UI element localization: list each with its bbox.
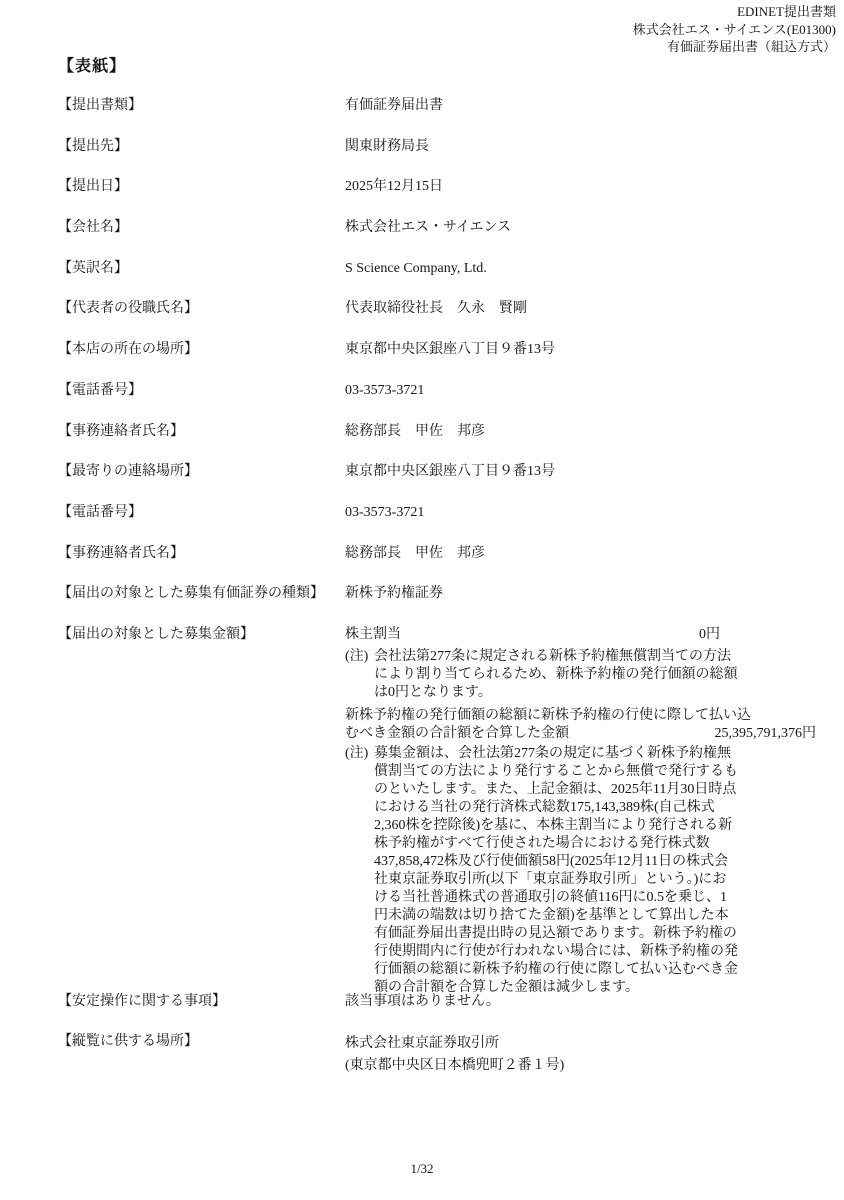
field-value: 新株予約権証券 [345, 585, 443, 603]
cover-title: 【表紙】 [58, 53, 126, 76]
field-value: 総務部長 甲佐 邦彦 [345, 545, 485, 563]
note-2: (注) 募集金額は、会社法第277条の規定に基づく新株予約権無償割当ての方法によ… [345, 745, 842, 997]
field-label: 【本店の所在の場所】 [58, 341, 198, 359]
field-value: 株式会社エス・サイエンス [345, 219, 511, 237]
field-label: 【安定操作に関する事項】 [58, 993, 226, 1011]
note-marker: (注) [345, 745, 374, 997]
field-value: S Science Company, Ltd. [345, 260, 487, 278]
note-text: 会社法第277条に規定される新株予約権無償割当ての方法により割り当てられるため、… [374, 648, 740, 702]
field-label: 【事務連絡者氏名】 [58, 545, 184, 563]
field-label: 【提出先】 [58, 138, 128, 156]
field-label: 【提出日】 [58, 178, 128, 196]
field-label: 【提出書類】 [58, 97, 142, 115]
note-1: (注) 会社法第277条に規定される新株予約権無償割当ての方法により割り当てられ… [345, 648, 842, 702]
field-label: 【代表者の役職氏名】 [58, 300, 198, 318]
field-label: 【電話番号】 [58, 382, 142, 400]
footer-page-number: 1/32 [0, 1161, 844, 1177]
field-label: 【縦覧に供する場所】 [58, 1033, 198, 1051]
field-label: 【事務連絡者氏名】 [58, 423, 184, 441]
allotment-type: 株主割当 [345, 626, 401, 644]
offering-amount-block: 株主割当 0円 (注) 会社法第277条に規定される新株予約権無償割当ての方法に… [345, 626, 842, 997]
field-value: 株式会社東京証券取引所 (東京都中央区日本橋兜町２番１号) [345, 1033, 564, 1077]
header-filing-type: 有価証券届出書（組込方式） [633, 38, 836, 56]
total-amount: 25,395,791,376円 [715, 725, 817, 743]
field-value: 03-3573-3721 [345, 382, 424, 400]
field-value: 関東財務局長 [345, 138, 429, 156]
note-text: 募集金額は、会社法第277条の規定に基づく新株予約権無償割当ての方法により発行す… [374, 745, 740, 997]
document-header: EDINET提出書類 株式会社エス・サイエンス(E01300) 有価証券届出書（… [633, 3, 836, 56]
header-doc-type: EDINET提出書類 [633, 3, 836, 21]
field-label: 【届出の対象とした募集有価証券の種類】 [58, 585, 324, 603]
field-value: 有価証券届出書 [345, 97, 443, 115]
field-value: 03-3573-3721 [345, 504, 424, 522]
field-value: 東京都中央区銀座八丁目９番13号 [345, 463, 555, 481]
field-value: 東京都中央区銀座八丁目９番13号 [345, 341, 555, 359]
field-label: 【最寄りの連絡場所】 [58, 463, 198, 481]
field-value: 該当事項はありません。 [345, 993, 500, 1011]
field-label: 【会社名】 [58, 219, 128, 237]
inspection-place-address: (東京都中央区日本橋兜町２番１号) [345, 1055, 564, 1077]
field-value: 代表取締役社長 久永 賢剛 [345, 300, 527, 318]
inspection-place-name: 株式会社東京証券取引所 [345, 1033, 564, 1055]
allotment-amount: 0円 [699, 626, 720, 644]
allotment-line: 株主割当 0円 [345, 626, 720, 644]
field-value: 総務部長 甲佐 邦彦 [345, 423, 485, 441]
field-label: 【電話番号】 [58, 504, 142, 522]
total-line: 新株予約権の発行価額の総額に新株予約権の行使に際して払い込むべき金額の合計額を合… [345, 707, 816, 743]
document-page: EDINET提出書類 株式会社エス・サイエンス(E01300) 有価証券届出書（… [0, 0, 844, 1200]
total-text: 新株予約権の発行価額の総額に新株予約権の行使に際して払い込むべき金額の合計額を合… [345, 707, 755, 743]
field-label: 【届出の対象とした募集金額】 [58, 626, 254, 644]
field-label: 【英訳名】 [58, 260, 128, 278]
field-value: 2025年12月15日 [345, 178, 443, 196]
note-marker: (注) [345, 648, 374, 702]
header-company: 株式会社エス・サイエンス(E01300) [633, 21, 836, 39]
